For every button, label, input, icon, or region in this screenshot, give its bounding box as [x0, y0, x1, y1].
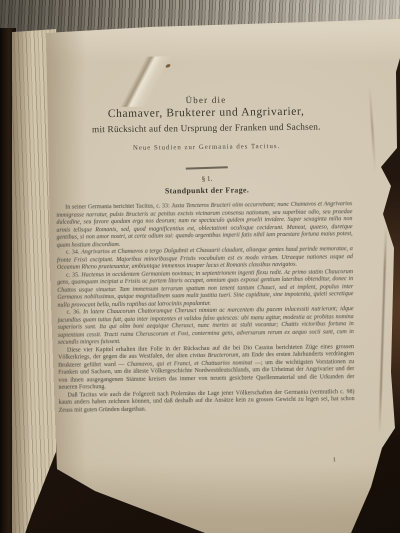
latin-quote: Angrivarios et Chamavos a tergo Dulgubni…	[57, 246, 353, 271]
page-content: Über die Chamaver, Brukterer und Angriva…	[0, 0, 400, 533]
latin-quote: civitas Bructerorum	[190, 353, 239, 360]
right-edge-crease	[379, 226, 388, 434]
german-text: c. 36.	[67, 309, 84, 315]
right-edge-crease	[369, 86, 376, 171]
paragraph: c. 36. In latere Chaucorum Chattorumque …	[58, 306, 354, 347]
german-text: Daß Tacitus wie auch die Folgezeit nach …	[59, 389, 355, 414]
book-page: Über die Chamaver, Brukterer und Angriva…	[0, 0, 400, 533]
latin-quote: Hactenus in occidentem Germaniam novimus…	[57, 269, 353, 309]
title-line-2: Chamaver, Brukterer und Angrivarier,	[48, 105, 364, 121]
page-number: 1	[324, 456, 344, 463]
section-heading: Standpunkt der Frage.	[49, 184, 365, 197]
body-text: In seiner Germania berichtet Tacitus, c.…	[56, 201, 355, 461]
latin-quote: Chamavos, qui et Franci, et Chattuarios …	[127, 360, 252, 368]
photo-of-open-book: Über die Chamaver, Brukterer und Angriva…	[0, 0, 400, 533]
title-line-3: mit Rücksicht auf den Ursprung der Frank…	[48, 122, 364, 136]
divider-rule	[186, 166, 228, 169]
german-text: c. 35.	[66, 272, 81, 278]
section-mark: § 1.	[49, 173, 365, 185]
paragraph: c. 35. Hactenus in occidentem Germaniam …	[57, 269, 353, 310]
paragraph: In seiner Germania berichtet Tacitus, c.…	[56, 201, 353, 250]
german-text: In seiner Germania berichtet Tacitus, c.…	[65, 203, 171, 210]
latin-quote: In latere Chaucorum Chattorumque Cherusc…	[58, 306, 354, 346]
paragraph: Daß Tacitus wie auch die Folgezeit nach …	[59, 389, 355, 415]
german-text: c. 34.	[66, 249, 81, 255]
subtitle: Neue Studien zur Germania des Tacitus.	[49, 142, 365, 153]
paragraph: Diese vier Kapitel erhalten ihre Folie i…	[58, 344, 355, 393]
